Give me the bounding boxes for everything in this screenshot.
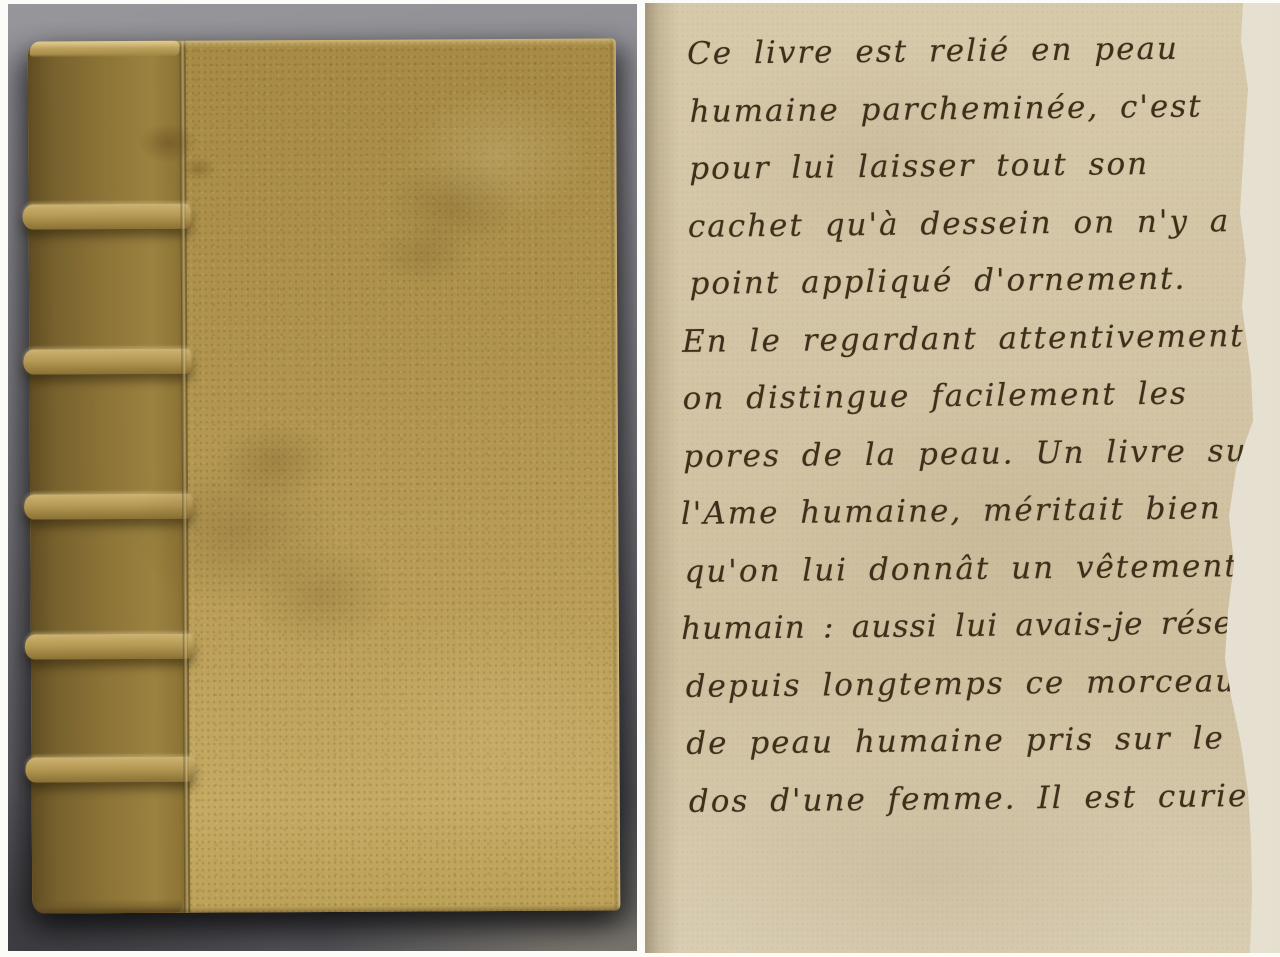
note-photo-panel: Ce livre est relié en peau humaine parch… [645,3,1280,953]
photo-divider [637,0,645,957]
book [28,38,621,913]
handwritten-note-text: Ce livre est relié en peau humaine parch… [645,20,1280,832]
note-line: de peau humaine pris sur le [686,710,1280,774]
note-line: humaine parcheminée, c'est [689,77,1277,141]
book-spine [28,41,191,914]
note-line: humain : aussi lui avais-je réservé [681,595,1280,659]
spine-tail-cap [36,899,182,914]
note-line: qu'on lui donnât un vêtement [684,537,1280,601]
spine-raised-band [24,494,192,520]
note-line: on distingue facilement les [682,365,1280,429]
note-line: cachet qu'à dessein on n'y a [688,192,1279,256]
note-line: depuis longtemps ce morceau [685,652,1280,716]
spine-raised-band [25,634,193,660]
spine-raised-band [25,757,193,783]
spine-raised-band [23,204,191,230]
book-photo-panel [8,4,637,951]
spine-raised-band [23,349,191,375]
cover-fore-edge [609,38,621,910]
note-line: pour lui laisser tout son [689,135,1278,199]
note-line: l'Ame humaine, méritait bien [681,480,1280,544]
note-line: Ce livre est relié en peau [687,20,1277,84]
note-line: dos d'une femme. Il est curieux [689,767,1280,831]
note-line: En le regardant attentivement [682,307,1280,371]
note-line: pores de la peau. Un livre sur [683,422,1280,486]
spine-head-cap [30,41,180,58]
note-line: point appliqué d'ornement. [689,250,1279,314]
composite-photo: Ce livre est relié en peau humaine parch… [0,0,1280,957]
handwritten-note-paper: Ce livre est relié en peau humaine parch… [645,3,1280,953]
